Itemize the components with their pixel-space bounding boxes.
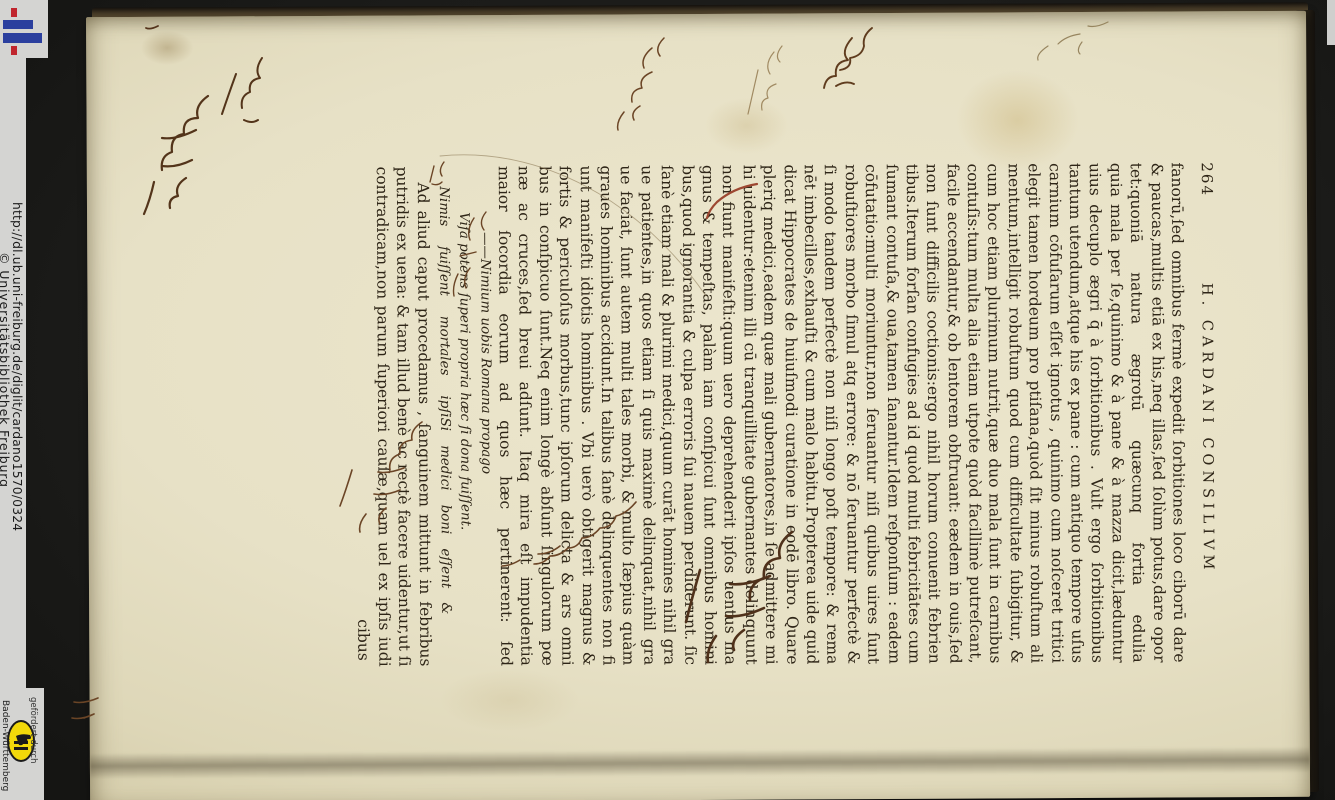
- text-line: tet:quoniā natura ægrotū quæcunq fortia …: [1126, 163, 1149, 663]
- text-line: ſanè etiam mali & plurimi medici,quum cu…: [657, 165, 680, 665]
- text-line: ue faciat, ſunt autem multi tales morbi,…: [616, 165, 639, 665]
- printed-text-block: 264H. CARDANI CONSILIVM fanorū,ſed omnib…: [351, 162, 1220, 667]
- text-line: unt manifeſti idiotis hominibus . Vbi ue…: [575, 166, 598, 666]
- logo-blue-bar-long: [3, 33, 42, 43]
- text-line: quia mala per ſe,quinimo & à pane & à ma…: [1105, 163, 1128, 663]
- text-line: cibus: [351, 167, 374, 667]
- logo-red-square-bottom: [11, 46, 17, 55]
- text-line: mentum,intelligit robuſtum quod cum diff…: [1003, 163, 1026, 663]
- text-line: Ad aliud caput procedamus , ſanguinem mi…: [412, 166, 435, 666]
- text-line: Viſa potens ſuperi propria hæc ſi dona f…: [453, 166, 476, 666]
- text-line: Nimis fuiſſent mortales ipſi felices,Si …: [432, 166, 455, 666]
- text-line: ue patientes,in quos etiam ſi quis maxim…: [636, 165, 659, 665]
- text-line: cōfutatio:multi moriuntur,non ſeruantur …: [861, 164, 884, 664]
- text-line: bus in conſpicuo ſunt.Neq enim longè abſ…: [534, 166, 557, 666]
- text-line: uius decuplo ægri q̄ à ſorbitionibus . V…: [1085, 163, 1108, 663]
- text-line: fortis & periculoſus morbus,tunc ipſorum…: [555, 166, 578, 666]
- text-line: non ſunt difficilis coctionis:ergo nihil…: [922, 164, 945, 664]
- text-line: tibus.Iterum forſan confugies ad id quòd…: [901, 164, 924, 664]
- running-header: 264H. CARDANI CONSILIVM: [1195, 162, 1220, 662]
- funder-name: Baden-Württemberg: [0, 700, 10, 791]
- text-line: næ ac cruces,ſed breui adſunt. Itaq mira…: [514, 166, 537, 666]
- text-line: gnus & tempeſtas, palàm iam conſpicui ſu…: [697, 165, 720, 665]
- text-line: elegit tamen hordeum pro ptiſana,quòd ſi…: [1024, 163, 1047, 663]
- logo-red-square-top: [11, 8, 17, 17]
- copyright-text: © Universitätsbibliothek Freiburg: [0, 252, 12, 488]
- text-line: pleriq medici,eadem quæ mali gubernatore…: [759, 165, 782, 665]
- scan-viewer: 264H. CARDANI CONSILIVM fanorū,ſed omnib…: [0, 0, 1335, 800]
- text-line: dicat Hippocrates de huiuſmodi curatione…: [779, 164, 802, 664]
- book-page: 264H. CARDANI CONSILIVM fanorū,ſed omnib…: [86, 11, 1310, 800]
- gutter-shadow: [90, 747, 1310, 779]
- text-line: contuſis:tum multa alia etiam utpote quò…: [962, 163, 985, 663]
- paper-stain: [686, 85, 806, 166]
- text-line: graues hominibus accidunt.In talibus ſan…: [595, 165, 618, 665]
- text-line: contradicam,non parum ſuperiori cauſæ,qu…: [371, 167, 394, 667]
- text-line: robuſtiores morbo ſimul atq errore: & nō…: [840, 164, 863, 664]
- text-line: facile accendantur,& ob lentorem obſtrua…: [942, 164, 965, 664]
- text-line: bus,quod ignorantia & culpa erroris ſui …: [677, 165, 700, 665]
- funder-label: gefördert durch: [28, 697, 38, 763]
- text-line: hi uidentur:etenim illi cū tranquillitat…: [738, 165, 761, 665]
- text-line: putridis ex uena: & tam illud benè ac re…: [392, 166, 415, 666]
- paper-stain: [132, 25, 202, 71]
- source-url-text: http://dl.ub.uni-freiburg.de/diglit/card…: [10, 202, 24, 531]
- text-line: non fiunt manifeſti:quum uero deprehende…: [718, 165, 741, 665]
- text-line: maior ſocordia eorum ad quos hæc pertine…: [494, 166, 517, 666]
- text-block-lines: fanorū,ſed omnibus fermè expedit ſorbiti…: [351, 162, 1190, 666]
- ub-freiburg-logo: [0, 0, 48, 58]
- text-line: carnium cōfuſarum eſſet ignotus , quinim…: [1044, 163, 1067, 663]
- text-line: tantum utendum,atque his ex pane : cum a…: [1064, 163, 1087, 663]
- text-line: ——Nimium uobis Romana propago: [473, 166, 496, 666]
- logo-blue-bar-short: [3, 20, 33, 29]
- paper-stain: [409, 654, 609, 745]
- text-line: & paucas,multis etiā ex his,neq illas,ſe…: [1146, 163, 1169, 663]
- running-header-title: H. CARDANI CONSILIVM: [1196, 283, 1218, 575]
- text-line: fanorū,ſed omnibus fermè expedit ſorbiti…: [1166, 162, 1189, 662]
- text-line: nēt imbecilles,exhauſti & cum malo habit…: [799, 164, 822, 664]
- text-line: ſi modo tandem perfectè non niſi longo p…: [820, 164, 843, 664]
- text-line: ſumant contuſa,& oua,tamen ſanantur.Idem…: [881, 164, 904, 664]
- page-number: 264: [1196, 162, 1217, 197]
- text-line: cum hoc etiam plurimum nutrit,quæ duo ma…: [983, 163, 1006, 663]
- scanner-corner-sliver: [1327, 0, 1335, 45]
